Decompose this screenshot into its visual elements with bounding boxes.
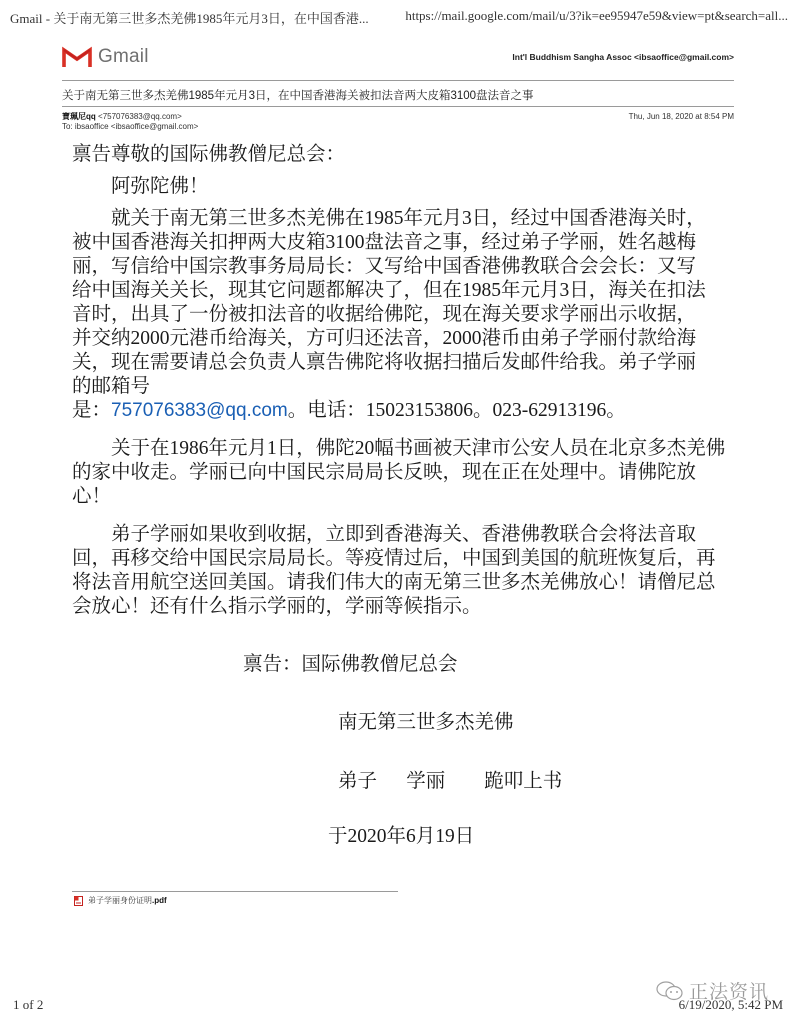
signature-date: 于2020年6月19日 bbox=[328, 820, 474, 848]
sender-block: 寶珮尼qq <757076383@qq.com> To: ibsaoffice … bbox=[62, 112, 198, 132]
email-subject: 关于南无第三世多杰羌佛1985年元月3日，在中国香港海关被扣法音两大皮箱3100… bbox=[62, 87, 534, 103]
attachment-item[interactable]: 弟子学丽身份证明.pdf bbox=[74, 895, 167, 906]
print-page-title: Gmail - 关于南无第三世多杰羌佛1985年元月3日，在中国香港... bbox=[10, 8, 369, 27]
gmail-logo: Gmail bbox=[62, 44, 149, 70]
print-page-number: 1 of 2 bbox=[13, 997, 43, 1013]
print-page-url: https://mail.google.com/mail/u/3?ik=ee95… bbox=[405, 8, 788, 24]
subject-divider bbox=[62, 106, 734, 107]
letter-paragraph-2: 关于在1986年元月1日，佛陀20幅书画被天津市公安人员在北京多杰羌佛的家中收走… bbox=[72, 437, 732, 509]
signature-recipient: 禀告：国际佛教僧尼总会 bbox=[243, 648, 458, 676]
letter-body: 禀告尊敬的国际佛教僧尼总会： 阿弥陀佛！ 就关于南无第三世多杰羌佛在1985年元… bbox=[72, 143, 740, 619]
attachment-name: 弟子学丽身份证明 bbox=[88, 895, 152, 906]
letter-paragraph-1: 就关于南无第三世多杰羌佛在1985年元月3日，经过中国香港海关时，被中国香港海关… bbox=[72, 207, 712, 423]
signature-disciple: 弟子 学丽 跪叩上书 bbox=[338, 765, 562, 793]
letter-salutation: 禀告尊敬的国际佛教僧尼总会： bbox=[72, 143, 740, 167]
signature-buddha: 南无第三世多杰羌佛 bbox=[338, 706, 514, 734]
print-header: Gmail - 关于南无第三世多杰羌佛1985年元月3日，在中国香港... ht… bbox=[10, 8, 788, 28]
sender-name: 寶珮尼qq bbox=[62, 112, 96, 121]
email-date: Thu, Jun 18, 2020 at 8:54 PM bbox=[629, 112, 734, 121]
gmail-m-icon bbox=[62, 46, 92, 68]
letter-greeting: 阿弥陀佛！ bbox=[72, 175, 740, 199]
letter-paragraph-3: 弟子学丽如果收到收据，立即到香港海关、香港佛教联合会将法音取回，再移交给中国民宗… bbox=[72, 523, 732, 619]
recipient-line: To: ibsaoffice <ibsaoffice@gmail.com> bbox=[62, 122, 198, 132]
contact-email-link[interactable]: 757076383@qq.com bbox=[111, 400, 288, 421]
attachment-ext: .pdf bbox=[152, 896, 167, 905]
print-timestamp: 6/19/2020, 5:42 PM bbox=[679, 997, 783, 1013]
header-divider bbox=[62, 80, 734, 81]
gmail-wordmark: Gmail bbox=[98, 46, 149, 68]
sender-email[interactable]: <757076383@qq.com> bbox=[98, 112, 182, 121]
pdf-icon bbox=[74, 896, 83, 906]
attachment-divider bbox=[72, 891, 398, 892]
account-label: Int'l Buddhism Sangha Assoc <ibsaoffice@… bbox=[512, 52, 734, 62]
